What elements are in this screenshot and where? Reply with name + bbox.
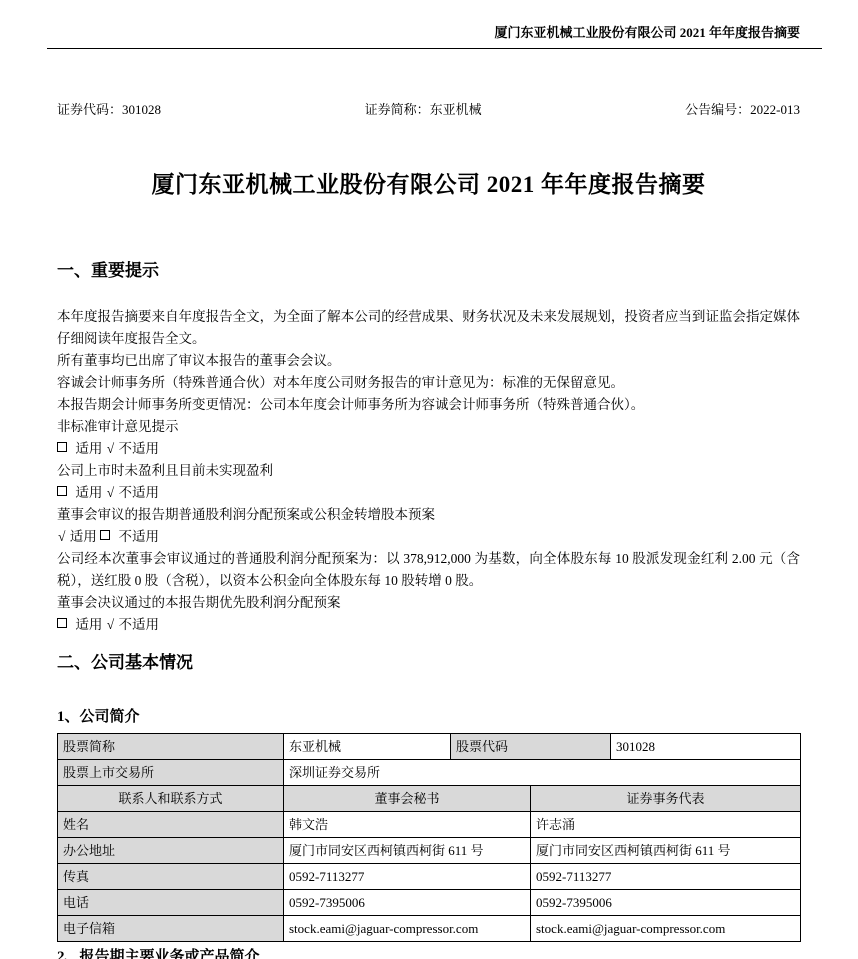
stock-code: 证券代码：301028 [57,101,161,119]
checkbox-unchecked-icon [57,486,67,496]
security-info-line: 证券代码：301028 证券简称：东亚机械 公告编号：2022-013 [57,101,800,119]
check-mark-icon: √ [106,617,115,632]
not-applicable-label: 不适用 [119,529,160,544]
paragraph-auditor-change: 本报告期会计师事务所变更情况：公司本年度会计师事务所为容诚会计师事务所（特殊普通… [57,394,800,416]
checkbox-unchecked-icon [57,442,67,452]
cell-value: 厦门市同安区西柯镇西柯街 611 号 [284,838,531,864]
company-profile-table: 股票简称 东亚机械 股票代码 301028 股票上市交易所 深圳证券交易所 联系… [57,733,801,942]
not-applicable-label: 不适用 [119,441,160,456]
paragraph-dividend-plan: 董事会审议的报告期普通股利润分配预案或公积金转增股本预案 [57,504,800,526]
check-mark-icon: √ [57,529,66,544]
document-page: 厦门东亚机械工业股份有限公司 2021 年年度报告摘要 证券代码：301028 … [0,0,858,959]
cell-label: 传真 [58,864,284,890]
cell-label: 电话 [58,890,284,916]
header-rule [47,48,822,49]
cell-value: stock.eami@jaguar-compressor.com [284,916,531,942]
cell-value: stock.eami@jaguar-compressor.com [531,916,801,942]
check-mark-icon: √ [106,485,115,500]
table-row: 办公地址 厦门市同安区西柯镇西柯街 611 号 厦门市同安区西柯镇西柯街 611… [58,838,801,864]
cell-label: 股票上市交易所 [58,760,284,786]
paragraph-directors-attendance: 所有董事均已出席了审议本报告的董事会会议。 [57,350,800,372]
subsection-heading-business-summary-partial: 2、报告期主要业务或产品简介 [57,947,800,959]
cell-value: 东亚机械 [284,734,451,760]
paragraph-summary-notice: 本年度报告摘要来自年度报告全文，为全面了解本公司的经营成果、财务状况及未来发展规… [57,306,800,350]
stock-abbr: 证券简称：东亚机械 [365,101,482,119]
section-heading-company-basics: 二、公司基本情况 [57,651,800,675]
cell-value: 0592-7113277 [284,864,531,890]
table-row: 电话 0592-7395006 0592-7395006 [58,890,801,916]
cell-value: 0592-7395006 [531,890,801,916]
table-row: 传真 0592-7113277 0592-7113277 [58,864,801,890]
cell-label: 办公地址 [58,838,284,864]
paragraph-unprofitable: 公司上市时未盈利且目前未实现盈利 [57,460,800,482]
cell-value: 厦门市同安区西柯镇西柯街 611 号 [531,838,801,864]
applicable-label: 适用 [75,441,102,456]
cell-label: 电子信箱 [58,916,284,942]
cell-value: 0592-7113277 [531,864,801,890]
cell-label: 姓名 [58,812,284,838]
paragraph-audit-opinion: 容诚会计师事务所（特殊普通合伙）对本年度公司财务报告的审计意见为：标准的无保留意… [57,372,800,394]
cell-header: 董事会秘书 [284,786,531,812]
table-row: 姓名 韩文浩 许志涌 [58,812,801,838]
paragraph-preferred-plan: 董事会决议通过的本报告期优先股利润分配预案 [57,592,800,614]
paragraph-dividend-detail: 公司经本次董事会审议通过的普通股利润分配预案为：以 378,912,000 为基… [57,548,800,592]
cell-value: 深圳证券交易所 [284,760,801,786]
subsection-heading-company-profile: 1、公司简介 [57,707,800,727]
applicable-label: 适用 [70,529,97,544]
cell-header: 证券事务代表 [531,786,801,812]
cell-label: 股票代码 [451,734,611,760]
cell-value: 301028 [611,734,801,760]
announcement-number: 公告编号：2022-013 [685,101,800,119]
cell-value: 0592-7395006 [284,890,531,916]
paragraph-nonstandard-opinion: 非标准审计意见提示 [57,416,800,438]
cell-header: 联系人和联系方式 [58,786,284,812]
table-row: 电子信箱 stock.eami@jaguar-compressor.com st… [58,916,801,942]
page-title: 厦门东亚机械工业股份有限公司 2021 年年度报告摘要 [57,169,800,201]
not-applicable-label: 不适用 [119,485,160,500]
applicable-label: 适用 [75,485,102,500]
applicability-line-unprofitable: 适用 √ 不适用 [57,482,800,504]
table-row-stock-abbr: 股票简称 东亚机械 股票代码 301028 [58,734,801,760]
cell-value: 韩文浩 [284,812,531,838]
applicability-line-dividend: √ 适用 不适用 [57,526,800,548]
table-row-contact-header: 联系人和联系方式 董事会秘书 证券事务代表 [58,786,801,812]
checkbox-unchecked-icon [100,530,110,540]
table-row-exchange: 股票上市交易所 深圳证券交易所 [58,760,801,786]
cell-label: 股票简称 [58,734,284,760]
checkbox-unchecked-icon [57,618,67,628]
applicability-line-preferred: 适用 √ 不适用 [57,614,800,636]
check-mark-icon: √ [106,441,115,456]
not-applicable-label: 不适用 [119,617,160,632]
applicable-label: 适用 [75,617,102,632]
applicability-line-nonstandard: 适用 √ 不适用 [57,438,800,460]
running-header: 厦门东亚机械工业股份有限公司 2021 年年度报告摘要 [57,0,800,42]
important-notes-body: 本年度报告摘要来自年度报告全文，为全面了解本公司的经营成果、财务状况及未来发展规… [57,306,800,636]
section-heading-important-notes: 一、重要提示 [57,259,800,283]
cell-value: 许志涌 [531,812,801,838]
